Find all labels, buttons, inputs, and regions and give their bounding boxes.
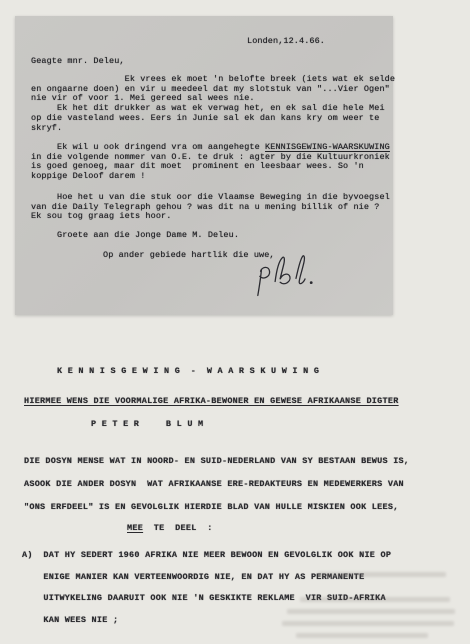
letter-paragraph-3: Hoe het u van die stuk oor die Vlaamse B… bbox=[31, 193, 390, 222]
notice-intro-line: HIERMEE WENS DIE VOORMALIGE AFRIKA-BEWON… bbox=[24, 396, 399, 406]
scanned-document-page: Londen,12.4.66. Geagte mnr. Deleu, Ek vr… bbox=[0, 0, 470, 644]
notice-mee-te-deel-line: MEE TE DEEL : bbox=[127, 523, 213, 533]
bleed-through-mark bbox=[300, 597, 450, 602]
letter-closing: Op ander gebiede hartlik die uwe, bbox=[103, 251, 275, 261]
bleed-through-mark bbox=[287, 609, 455, 614]
bleed-through-mark bbox=[296, 633, 428, 638]
bleed-through-mark bbox=[282, 621, 454, 626]
letter-dateline: Londen,12.4.66. bbox=[247, 37, 325, 47]
notice-item-a: A) DAT HY SEDERT 1960 AFRIKA NIE MEER BE… bbox=[22, 545, 391, 631]
letter-notice-reference: KENNISGEWING-WAARSKUWING bbox=[265, 142, 390, 152]
notice-body: DIE DOSYN MENSE WAT IN NOORD- EN SUID-NE… bbox=[24, 450, 409, 519]
notice-mee-rest: TE DEEL : bbox=[143, 523, 213, 533]
letter-greeting: Groete aan die Jonge Dame M. Deleu. bbox=[57, 231, 239, 241]
letter-salutation: Geagte mnr. Deleu, bbox=[31, 57, 125, 67]
bleed-through-mark bbox=[318, 572, 446, 577]
letter-paragraph-2: Ek wil u ook dringend vra om aangehegte … bbox=[31, 143, 390, 182]
notice-poet-name: P E T E R B L U M bbox=[91, 419, 203, 429]
letter-paragraph-2-rest: in die volgende nommer van O.E. te druk … bbox=[31, 152, 390, 181]
notice-mee-underlined: MEE bbox=[127, 523, 143, 533]
letter-paragraph-1: Ek vrees ek moet 'n belofte breek (iets … bbox=[31, 75, 395, 133]
handwritten-signature-pbl bbox=[252, 252, 319, 305]
notice-title: K E N N I S G E W I N G - W A A R S K U … bbox=[57, 366, 319, 376]
letter-paper: Londen,12.4.66. Geagte mnr. Deleu, Ek vr… bbox=[15, 16, 393, 315]
letter-paragraph-2-text: Ek wil u ook dringend vra om aangehegte bbox=[31, 142, 265, 152]
